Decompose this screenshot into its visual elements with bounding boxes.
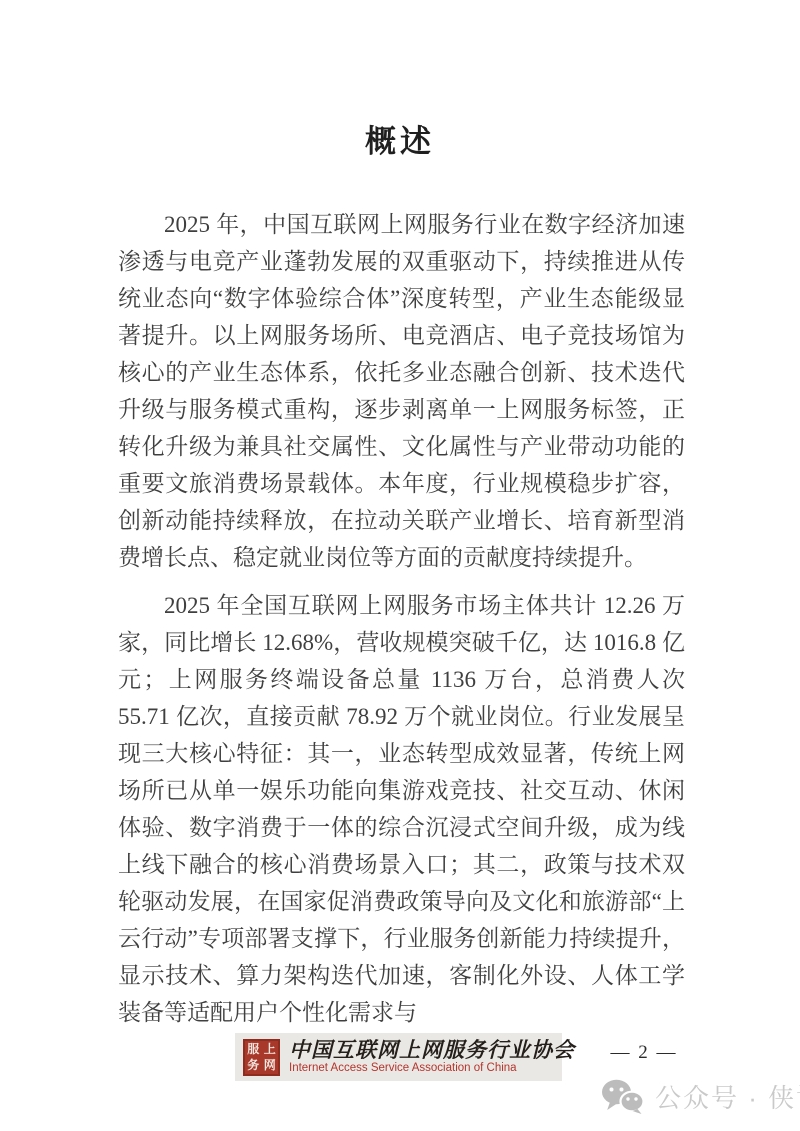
seal-char: 务	[245, 1057, 262, 1074]
association-logo: 服 上 务 网 中国互联网上网服务行业协会 Internet Access Se…	[235, 1033, 562, 1081]
document-page: 概述 2025 年，中国互联网上网服务行业在数字经济加速渗透与电竞产业蓬勃发展的…	[0, 0, 800, 1131]
association-seal-icon: 服 上 务 网	[243, 1039, 280, 1076]
association-name-chinese: 中国互联网上网服务行业协会	[289, 1039, 554, 1062]
page-number: — 2 —	[603, 1042, 685, 1064]
seal-char: 上	[262, 1041, 279, 1058]
wechat-icon	[601, 1079, 645, 1115]
association-name: 中国互联网上网服务行业协会 Internet Access Service As…	[289, 1039, 554, 1075]
paragraph-overview-1: 2025 年，中国互联网上网服务行业在数字经济加速渗透与电竞产业蓬勃发展的双重驱…	[118, 206, 685, 576]
document-body: 2025 年，中国互联网上网服务行业在数字经济加速渗透与电竞产业蓬勃发展的双重驱…	[0, 206, 800, 1031]
watermark: 公众号 · 侠说	[601, 1078, 800, 1115]
seal-char: 网	[262, 1057, 279, 1074]
watermark-text: 公众号 · 侠说	[655, 1078, 800, 1115]
seal-char: 服	[245, 1041, 262, 1058]
paragraph-overview-2: 2025 年全国互联网上网服务市场主体共计 12.26 万家，同比增长 12.6…	[118, 587, 685, 1031]
association-name-english: Internet Access Service Association of C…	[289, 1062, 554, 1075]
page-title: 概述	[0, 0, 800, 161]
